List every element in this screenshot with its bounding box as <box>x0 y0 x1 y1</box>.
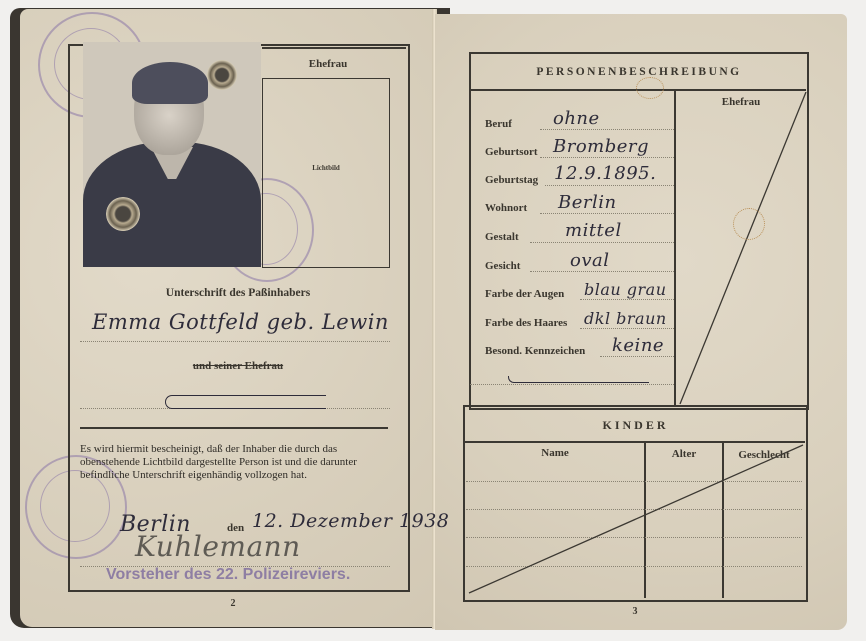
rule-line <box>470 384 674 385</box>
spouse-photo-column-label: Ehefrau <box>262 58 394 70</box>
holder-signature: Emma Gottfeld geb. Lewin <box>92 310 389 334</box>
rule-line <box>540 213 674 214</box>
spouse-column-strike <box>676 92 808 406</box>
issue-date: 12. Dezember 1938 <box>252 510 449 532</box>
field-label-geburtsort: Geburtsort <box>485 146 538 158</box>
certification-divider <box>80 427 388 429</box>
field-label-geburtstag: Geburtstag <box>485 174 538 186</box>
field-value-wohnort: Berlin <box>558 192 617 213</box>
field-value-geburtstag: 12.9.1895. <box>554 163 656 184</box>
signature-heading: Unterschrift des Paßinhabers <box>68 287 408 299</box>
field-label-gesicht: Gesicht <box>485 260 520 272</box>
field-label-gestalt: Gestalt <box>485 231 519 243</box>
spouse-photo-box <box>262 78 390 268</box>
rule-line <box>540 157 674 158</box>
official-signature: Kuhlemann <box>135 530 301 563</box>
field-label-haare: Farbe des Haares <box>485 317 567 329</box>
closing-stroke <box>508 376 649 383</box>
field-value-gestalt: mittel <box>565 220 622 241</box>
certification-text: Es wird hiermit bescheinigt, daß der Inh… <box>80 443 390 482</box>
personal-description-title: PERSONENBESCHREIBUNG <box>469 66 809 78</box>
field-value-geburtsort: Bromberg <box>553 136 649 157</box>
official-title-stamp: Vorsteher des 22. Polizeireviers. <box>106 566 350 584</box>
rule-line <box>530 271 674 272</box>
field-value-augen: blau grau <box>584 280 667 299</box>
field-label-kennzeichen: Besond. Kennzeichen <box>485 345 585 357</box>
children-strike <box>465 443 805 598</box>
rust-mark <box>733 208 765 240</box>
field-value-haare: dkl braun <box>584 309 667 328</box>
rule-line <box>600 356 674 357</box>
field-value-kennzeichen: keine <box>612 335 664 356</box>
eyelet-icon <box>106 197 140 231</box>
field-label-beruf: Beruf <box>485 118 512 130</box>
rust-mark <box>636 77 664 99</box>
eyelet-icon <box>207 60 237 90</box>
page-number-right: 3 <box>620 606 650 617</box>
rule-line <box>540 129 674 130</box>
children-title: KINDER <box>463 418 808 433</box>
spouse-photo-placeholder-label: Lichtbild <box>262 164 390 172</box>
field-label-wohnort: Wohnort <box>485 202 527 214</box>
spouse-header-line <box>262 47 406 49</box>
field-value-beruf: ohne <box>553 108 600 129</box>
page-number-left: 2 <box>218 598 248 609</box>
rule-line <box>530 242 674 243</box>
photo-hair <box>132 62 208 104</box>
spouse-signature-dash-stroke <box>165 395 326 409</box>
spouse-signature-label-struck: und seiner Ehefrau <box>68 360 408 372</box>
field-label-augen: Farbe der Augen <box>485 288 564 300</box>
rule-line <box>580 328 674 329</box>
rule-line <box>580 299 674 300</box>
field-value-gesicht: oval <box>570 250 610 271</box>
signature-line <box>80 341 390 342</box>
rule-line <box>545 185 674 186</box>
